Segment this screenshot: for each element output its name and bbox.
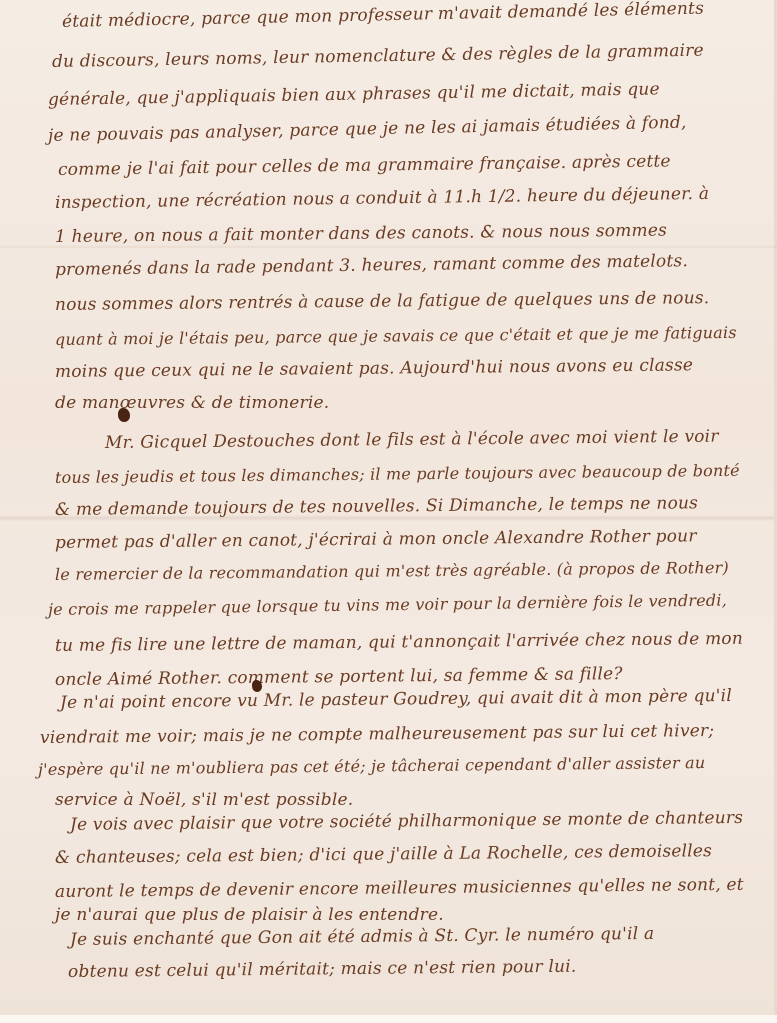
letter-line-14: tous les jeudis et tous les dimanches; i…: [55, 461, 740, 487]
ink-blot: [118, 408, 130, 422]
letter-line-22: viendrait me voir; mais je ne compte mal…: [40, 721, 714, 748]
letter-page: était médiocre, parce que mon professeur…: [0, 0, 777, 1023]
letter-line-5: comme je l'ai fait pour celles de ma gra…: [58, 151, 671, 180]
letter-line-29: Je suis enchanté que Gon ait été admis à…: [70, 924, 654, 950]
letter-line-26: & chanteuses; cela est bien; d'ici que j…: [55, 841, 712, 868]
letter-line-21: Je n'ai point encore vu Mr. le pasteur G…: [60, 686, 732, 713]
letter-line-25: Je vois avec plaisir que votre société p…: [70, 808, 743, 835]
letter-line-24: service à Noël, s'il m'est possible.: [55, 790, 353, 810]
paper-edge-bottom: [0, 1015, 777, 1023]
letter-line-12: de manœuvres & de timonerie.: [55, 393, 329, 413]
ink-blot: [252, 680, 262, 692]
letter-line-10: quant à moi je l'étais peu, parce que je…: [55, 323, 737, 349]
letter-line-4: je ne pouvais pas analyser, parce que je…: [48, 113, 687, 146]
letter-line-9: nous sommes alors rentrés à cause de la …: [55, 288, 710, 315]
letter-line-16: permet pas d'aller en canot, j'écrirai à…: [55, 526, 697, 553]
letter-line-2: du discours, leurs noms, leur nomenclatu…: [52, 41, 704, 72]
letter-line-3: générale, que j'appliquais bien aux phra…: [48, 79, 660, 110]
letter-line-15: & me demande toujours de tes nouvelles. …: [55, 493, 698, 520]
letter-line-7: 1 heure, on nous a fait monter dans des …: [55, 221, 667, 247]
letter-line-6: inspection, une récréation nous a condui…: [55, 184, 709, 213]
letter-line-18: je crois me rappeler que lorsque tu vins…: [48, 591, 727, 619]
letter-line-17: le remercier de la recommandation qui m'…: [55, 558, 729, 584]
letter-line-1: était médiocre, parce que mon professeur…: [62, 0, 704, 32]
letter-line-11: moins que ceux qui ne le savaient pas. A…: [55, 355, 693, 382]
letter-line-19: tu me fis lire une lettre de maman, qui …: [55, 629, 743, 656]
letter-line-8: promenés dans la rade pendant 3. heures,…: [55, 251, 688, 280]
letter-line-27: auront le temps de devenir encore meille…: [55, 875, 744, 902]
letter-line-13: Mr. Gicquel Destouches dont le fils est …: [105, 427, 719, 453]
letter-line-30: obtenu est celui qu'il méritait; mais ce…: [68, 957, 577, 982]
letter-line-20: oncle Aimé Rother. comment se portent lu…: [55, 664, 623, 690]
letter-line-23: j'espère qu'il ne m'oubliera pas cet été…: [38, 753, 705, 779]
letter-line-28: je n'aurai que plus de plaisir à les ent…: [55, 905, 444, 925]
